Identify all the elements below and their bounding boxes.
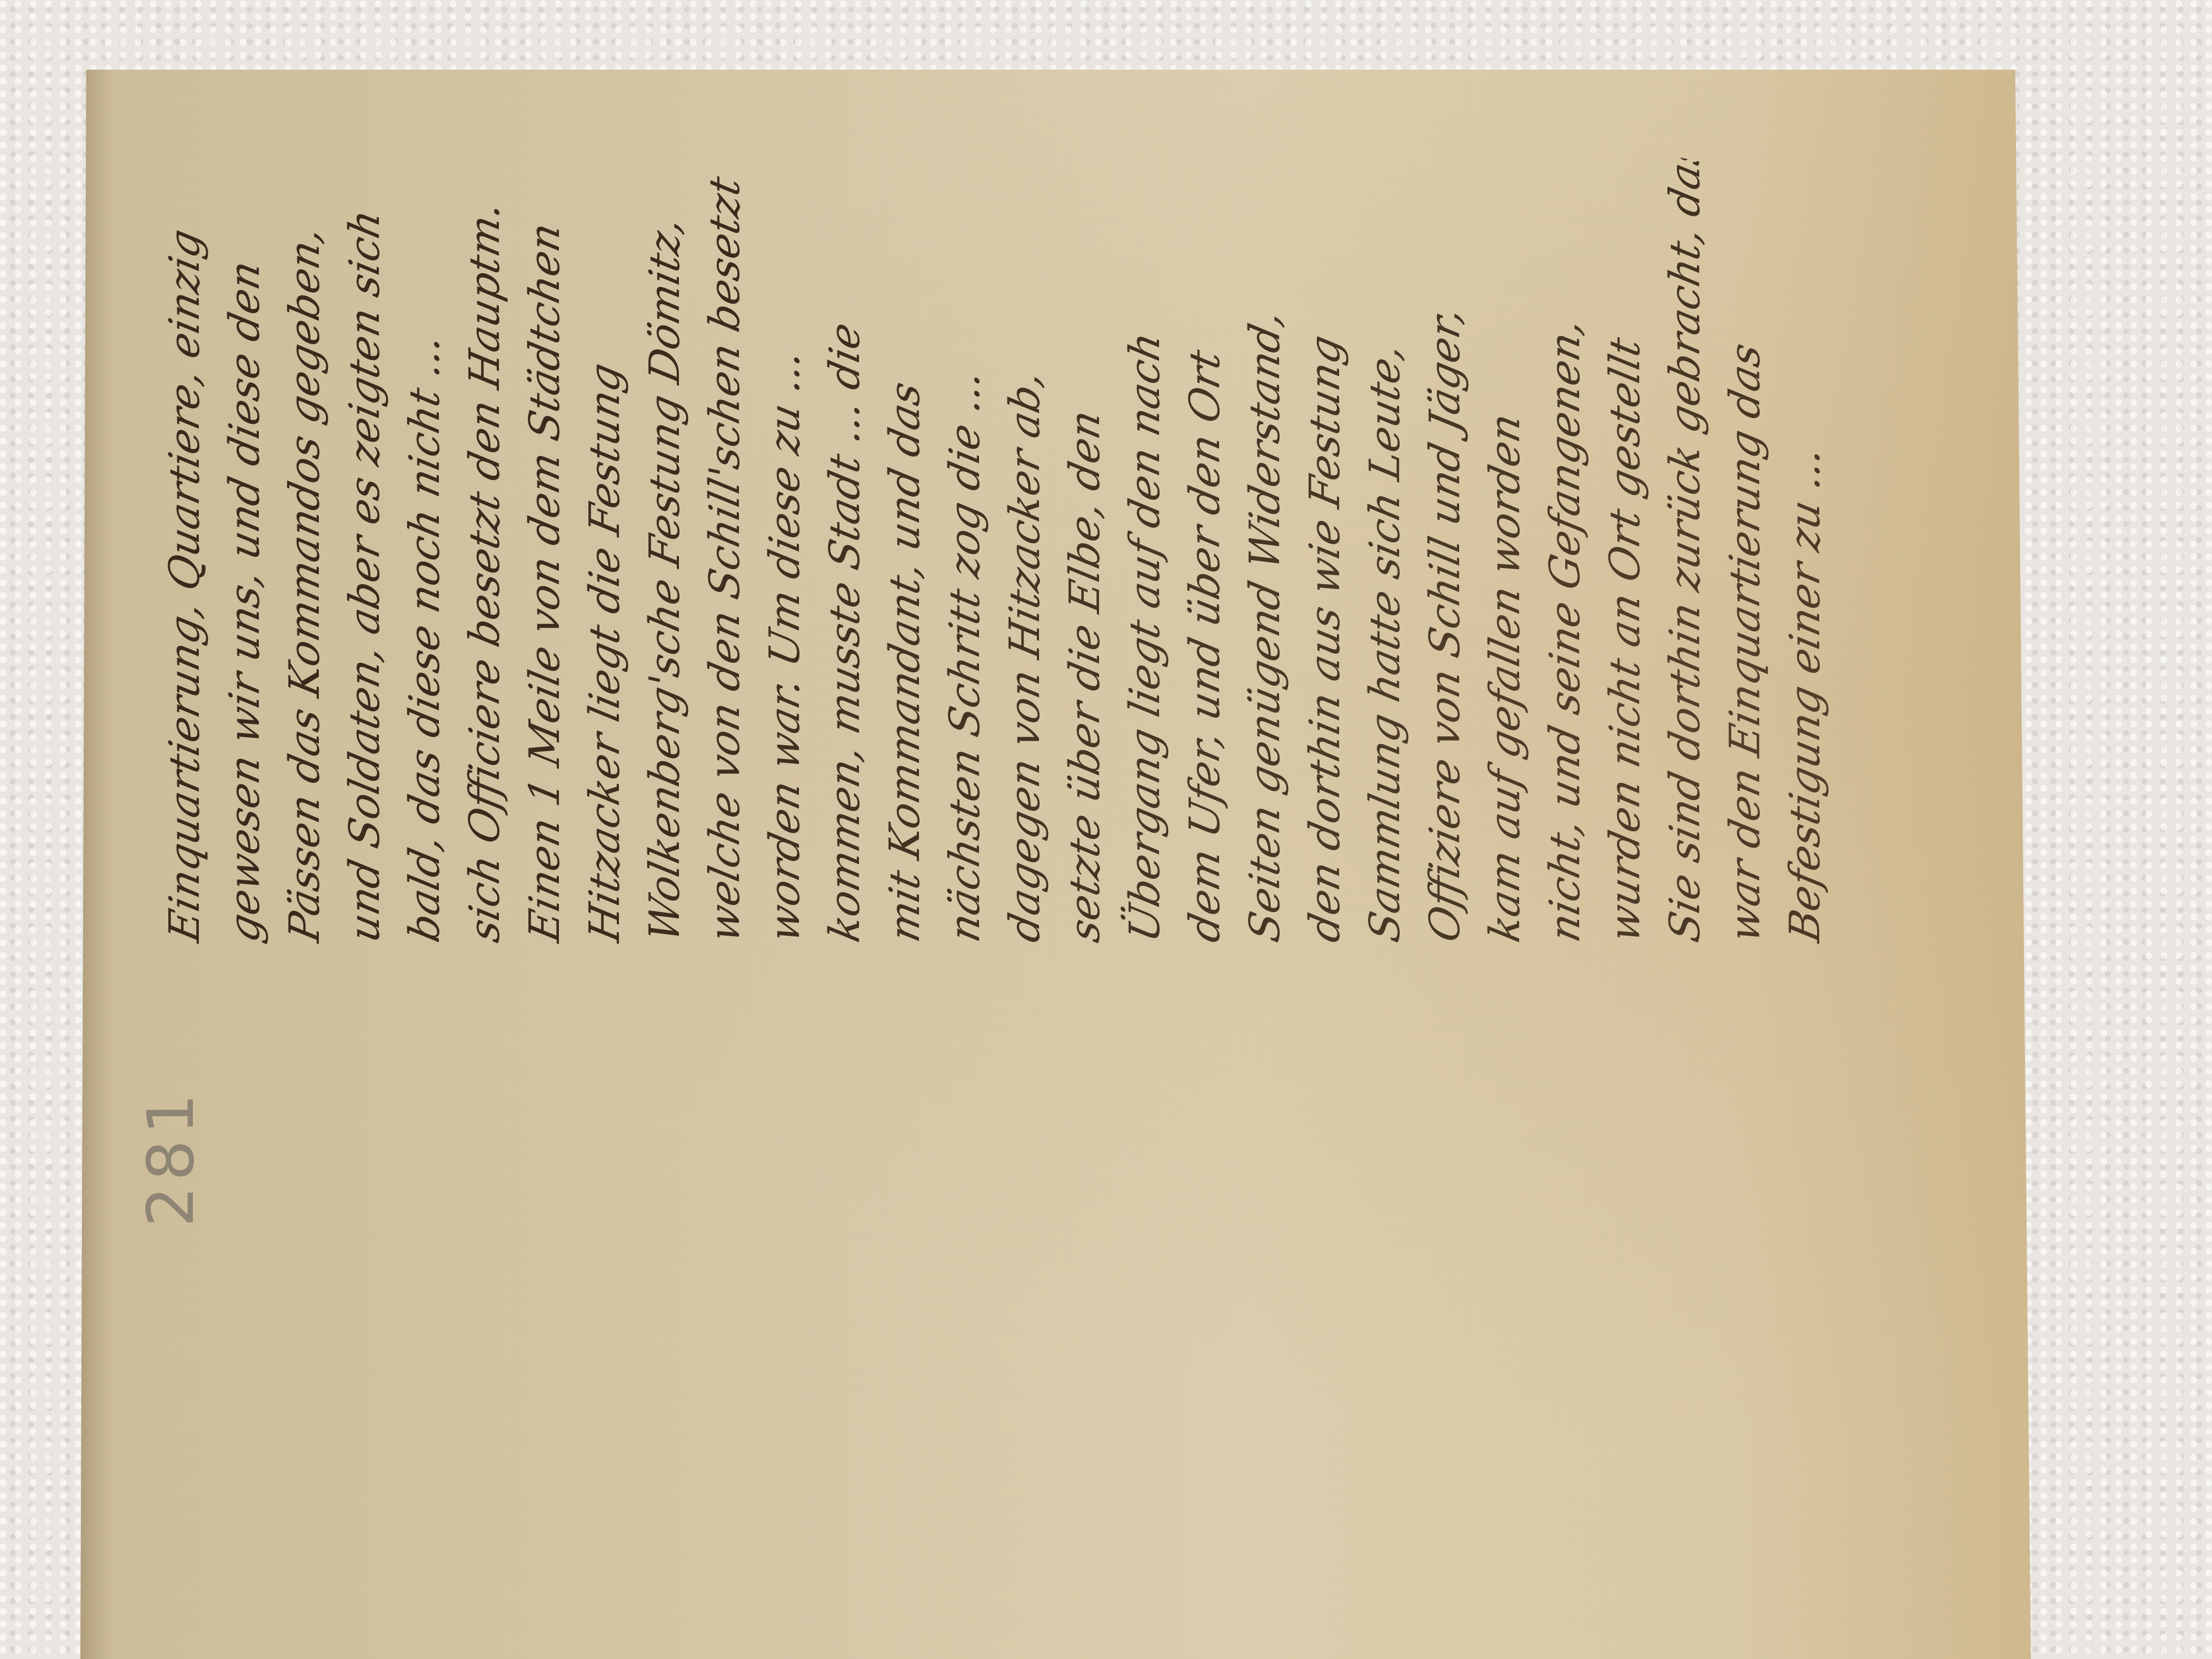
text-line: und Soldaten, aber es zeigten sich <box>330 151 400 948</box>
text-line: Übergang liegt auf den nach <box>1110 151 1180 948</box>
text-line: Befestigung einer zu ... <box>1770 344 1840 948</box>
handwritten-text-block: Einquartierung, Quartiere, einzig gewese… <box>220 155 2074 948</box>
text-line: dagegen von Hitzacker ab, <box>990 151 1060 948</box>
text-line: kam auf gefallen worden <box>1470 151 1540 948</box>
text-line: Einquartierung, Quartiere, einzig <box>150 151 220 948</box>
text-line: war den Einquartierung das <box>1710 151 1780 948</box>
text-line: setzte über die Elbe, den <box>1050 151 1120 948</box>
binding-fold-shadow <box>80 70 113 1659</box>
text-line: bald, das diese noch nicht ... <box>390 151 460 948</box>
text-line: Wolkenberg'sche Festung Dömitz, <box>630 151 700 948</box>
text-line: nächsten Schritt zog die ... <box>930 151 1000 948</box>
text-line: Hitzacker liegt die Festung <box>570 151 640 948</box>
text-line: kommen, musste Stadt ... die <box>810 151 880 948</box>
text-line: gewesen wir uns, und diese den <box>210 151 280 948</box>
text-line: Einen 1 Meile von dem Städtchen <box>510 151 580 948</box>
text-line: worden war. Um diese zu ... <box>750 151 820 948</box>
text-line: sich Officiere besetzt den Hauptm. <box>450 151 520 948</box>
text-line: Offiziere von Schill und Jäger, <box>1410 151 1480 948</box>
page-number: 281 <box>134 1088 208 1227</box>
text-line: Sie sind dorthin zurück gebracht, das <box>1650 151 1720 948</box>
text-line: mit Kommandant, und das <box>870 151 940 948</box>
manuscript-page: 281 Einquartierung, Quartiere, einzig ge… <box>80 70 2031 1659</box>
text-line: Sammlung hatte sich Leute, <box>1350 151 1420 948</box>
text-line: dem Ufer, und über den Ort <box>1170 151 1240 948</box>
text-line: den dorthin aus wie Festung <box>1290 151 1360 948</box>
text-line: Pässen das Kommandos gegeben, <box>270 151 340 948</box>
text-line: Seiten genügend Widerstand, <box>1230 151 1300 948</box>
text-line: welche von den Schill'schen besetzt <box>690 151 760 948</box>
text-line: nicht, und seine Gefangenen, <box>1530 151 1600 948</box>
catchword: und <box>2036 94 2080 166</box>
text-line: wurden nicht an Ort gestellt <box>1590 151 1660 948</box>
